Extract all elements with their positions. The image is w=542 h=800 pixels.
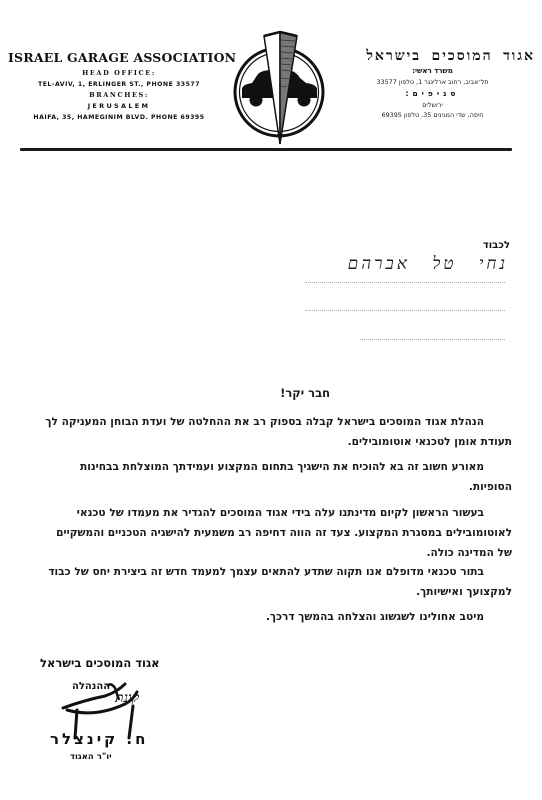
car-in-circle-with-pennant-icon [228, 26, 330, 156]
signatory-title: יו"ר האגוד [70, 752, 112, 762]
paragraph-5-text: מיטב אחולינו לשגשוג והצלחה בהמשך דרכך. [266, 611, 484, 623]
address-line-3 [360, 339, 505, 340]
branch-haifa-hebrew: חיפה, שדי המגינים 35, טלפון 69395 [330, 110, 535, 121]
salutation: חבר יקר! [280, 386, 330, 400]
org-name-english: ISRAEL GARAGE ASSOCIATION [8, 50, 230, 65]
head-office-label-hebrew: משרד ראשי: [330, 66, 535, 77]
signatory-name: ח. קינצלר [50, 730, 148, 748]
head-office-address: TEL-AVIV, 1, ERLINGER ST., PHONE 33577 [8, 79, 230, 90]
paragraph-2: מאורע חשוב זה בא להוכיח את הישגיך בתחום … [40, 457, 512, 497]
paragraph-4-text: בתור טכנאי מדופלם אנו תקוה שתדע להתאים ע… [48, 566, 512, 598]
branch-jerusalem: JERUSALEM [8, 101, 230, 112]
address-line-2 [305, 310, 505, 311]
paragraph-3-text: בעשור הראשון לקיום מדינתנו עלה בידי אגוד… [56, 507, 512, 559]
addressee-label: לכבוד [483, 240, 510, 251]
paragraph-1: הנהלת אגוד המוסכים בישראל קבלה בספוק רב … [40, 412, 512, 452]
branches-label: BRANCHES: [8, 90, 230, 101]
paragraph-2-text: מאורע חשוב זה בא להוכיח את הישגיך בתחום … [80, 461, 512, 493]
addressee-name: נחי טל אברהם [348, 254, 508, 274]
letterhead-english: ISRAEL GARAGE ASSOCIATION HEAD OFFICE: T… [8, 50, 230, 123]
head-office-label: HEAD OFFICE: [8, 68, 230, 79]
branch-haifa: HAIFA, 35, HAMEGINIM BLVD. PHONE 69395 [8, 112, 230, 123]
paragraph-1-text: הנהלת אגוד המוסכים בישראל קבלה בספוק רב … [45, 416, 512, 448]
head-office-address-hebrew: תל־אביב, רחוב ארלינגר 1, טלפון 33577 [330, 77, 535, 88]
letterhead-hebrew: אגוד המוסכים בישראל משרד ראשי: תל־אביב, … [330, 48, 535, 121]
branch-jerusalem-hebrew: ירושלים [330, 100, 535, 111]
paragraph-3: בעשור הראשון לקיום מדינתנו עלה בידי אגוד… [40, 503, 512, 563]
paragraph-5: מיטב אחולינו לשגשוג והצלחה בהמשך דרכך. [40, 607, 512, 627]
address-line-1 [305, 282, 505, 283]
branches-label-hebrew: סניפים: [330, 88, 535, 100]
signature-organization: אגוד המוסכים בישראל [40, 656, 160, 670]
paragraph-4: בתור טכנאי מדופלם אנו תקוה שתדע להתאים ע… [40, 562, 512, 602]
org-name-hebrew: אגוד המוסכים בישראל [330, 48, 535, 65]
letterhead-divider [20, 148, 512, 151]
